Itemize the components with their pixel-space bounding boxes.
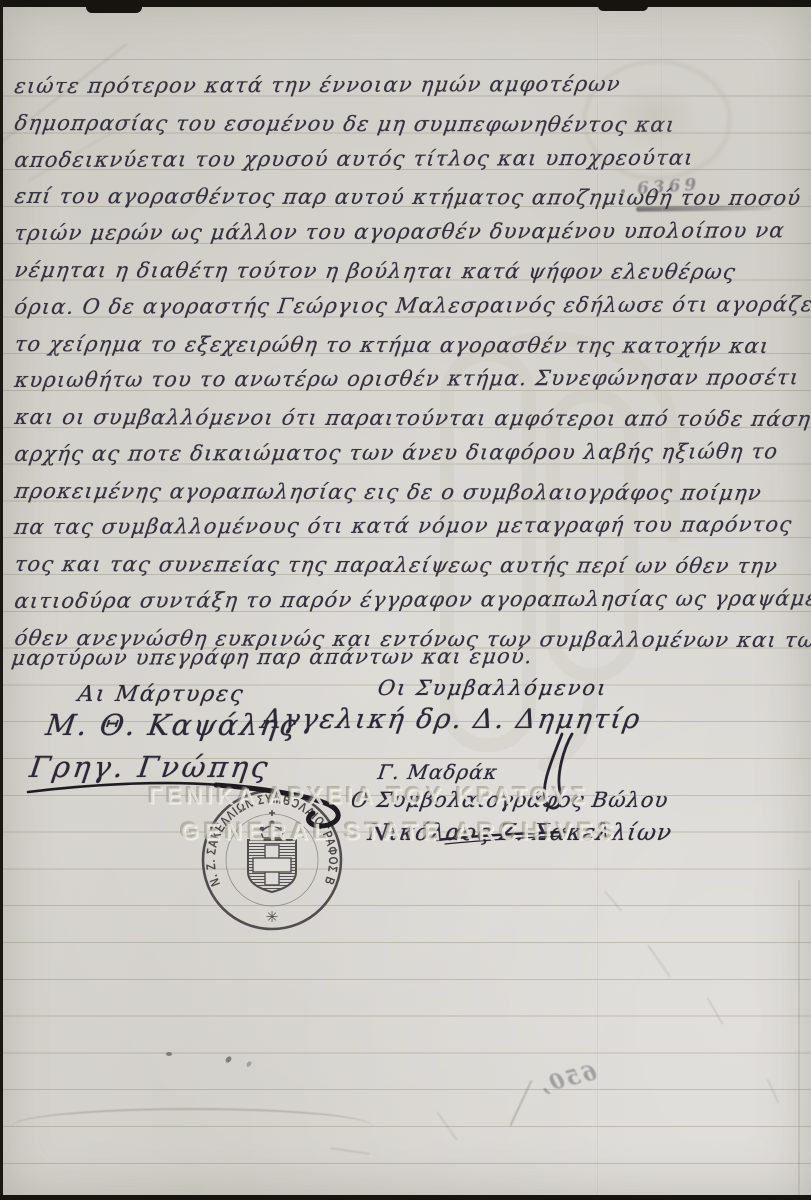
handwritten-line: τριών μερών ως μάλλον του αγορασθέν δυνα… [13, 217, 786, 246]
crown-icon [260, 810, 284, 838]
notary-signature: Νικόλαος Ζ. Σακελλίων [366, 820, 674, 846]
paper-crease [798, 880, 800, 1200]
ghost-stamp-blob [612, 84, 696, 148]
bleedthrough-number: 650, [536, 1059, 599, 1098]
notary-stamp: Ν. Ζ. ΣΑΚΕΛΛΙΩΝ ΣΥΜΒΟΛΑΙΟΓΡΑΦΟΣ ΒΩΛΟΥ. ✳ [199, 786, 345, 934]
pencil-dot [621, 189, 625, 193]
handwritten-line: και οι συμβαλλόμενοι ότι παραιτούνται αμ… [13, 404, 811, 432]
witness-signature: Γρηγ. Γνώπης [28, 750, 273, 784]
scan-edge-top [86, 5, 142, 13]
ink-speck [246, 1060, 253, 1067]
pencil-stroke [510, 1080, 533, 1126]
handwritten-line: πα τας συμβαλλομένους ότι κατά νόμον μετ… [13, 511, 794, 540]
witnesses-heading: Αι Μάρτυρες [76, 682, 246, 707]
scan-edge-top [598, 5, 648, 11]
scanned-document-page: ειώτε πρότερον κατά την έννοιαν ημών αμφ… [0, 0, 811, 1200]
handwritten-line: το χείρημα το εξεχειρώθη το κτήμα αγορασ… [13, 331, 771, 359]
bleedthrough-curve [12, 1108, 372, 1144]
parties-heading: Οι Συμβαλλόμενοι [376, 676, 609, 700]
handwritten-line: αρχής ας ποτε δικαιώματος των άνευ διαφό… [13, 438, 780, 467]
handwritten-line: προκειμένης αγοραπωλησίας εις δε ο συμβο… [13, 478, 764, 506]
handwritten-line: νέμηται η διαθέτη τούτον η βούληται κατά… [13, 257, 738, 285]
scan-edge-left [0, 0, 3, 1200]
ink-speck [166, 1052, 172, 1056]
party-signature: Αγγελική δρ. Δ. Δημητίρ [260, 704, 644, 735]
handwritten-line: κυριωθήτω του το ανωτέρω ορισθέν κτήμα. … [13, 364, 801, 393]
party-signature: Γ. Μαδράκ [376, 760, 499, 784]
handwritten-line: τος και τας συνεπείας της παραλείψεως αυ… [13, 551, 780, 579]
handwritten-line: αιτιοδύρα συντάξη το παρόν έγγραφον αγορ… [13, 585, 811, 614]
notary-role: Ο Συμβολαιογράφος Βώλου [349, 788, 670, 812]
handwritten-line: δημοπρασίας του εσομένου δε μη συμπεφωνη… [13, 110, 677, 138]
scan-edge-bottom [0, 1195, 811, 1200]
handwritten-line: ειώτε πρότερον κατά την έννοιαν ημών αμφ… [13, 71, 622, 99]
handwritten-line: όρια. Ο δε αγοραστής Γεώργιος Μαλεσραινό… [13, 291, 811, 320]
handwritten-line: μαρτύρων υπεγράφη παρ απάντων και εμού. [10, 643, 534, 671]
stamp-ornament: ✳ [266, 908, 279, 926]
shield-cross-icon [248, 840, 296, 892]
ink-speck [224, 1055, 232, 1064]
